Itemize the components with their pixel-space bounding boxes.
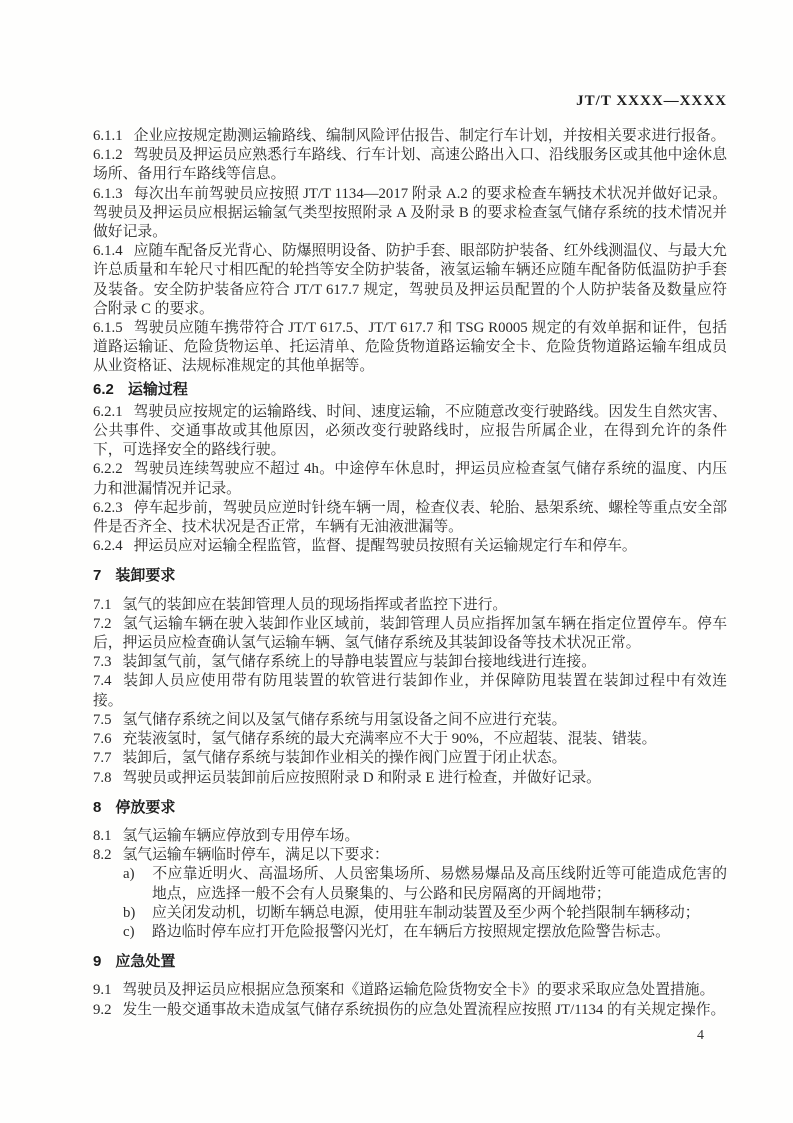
heading-text: 运输过程 [128, 381, 188, 398]
clause-text: 押运员应对运输全程监管，监督、提醒驾驶员按照有关运输规定行车和停车。 [134, 538, 637, 554]
clause-number: 7.3 [93, 654, 112, 670]
list-marker: b) [123, 904, 152, 923]
clause-text: 应随车配备反光背心、防爆照明设备、防护手套、眼部防护装备、红外线测温仪、与最大允… [93, 243, 727, 317]
clause-text: 氢气储存系统之间以及氢气储存系统与用氢设备之间不应进行充装。 [123, 712, 567, 728]
clause-number: 7.7 [93, 750, 112, 766]
clause-number: 6.2 [93, 381, 114, 398]
clause-text: 装卸氢气前，氢气储存系统上的导静电装置应与装卸台接地线进行连接。 [123, 654, 597, 670]
clause-6-1-1: 6.1.1企业应按规定勘测运输路线、编制风险评估报告、制定行车计划，并按相关要求… [93, 127, 727, 146]
clause-number: 6.2.1 [93, 404, 123, 420]
clause-7-2: 7.2氢气运输车辆在驶入装卸作业区域前，装卸管理人员应指挥加氢车辆在指定位置停车… [93, 615, 727, 653]
clause-number: 9 [93, 953, 101, 970]
section-heading-6-2: 6.2运输过程 [93, 380, 727, 399]
clause-9-2: 9.2发生一般交通事故未造成氢气储存系统损伤的应急处置流程应按照 JT/1134… [93, 1001, 727, 1020]
clause-text: 不应靠近明火、高温场所、人员密集场所、易燃易爆品及高压线附近等可能造成危害的地点… [152, 866, 727, 901]
clause-number: 7.5 [93, 712, 112, 728]
clause-6-1-5: 6.1.5驾驶员应随车携带符合 JT/T 617.5、JT/T 617.7 和 … [93, 319, 727, 377]
clause-number: 7.4 [93, 673, 112, 689]
clause-number: 6.1.3 [93, 186, 123, 202]
list-marker: a) [123, 865, 152, 884]
clause-number: 7.1 [93, 597, 112, 613]
clause-7-8: 7.8驾驶员或押运员装卸前后应按照附录 D 和附录 E 进行检查，并做好记录。 [93, 769, 727, 788]
section-heading-7: 7装卸要求 [93, 566, 727, 585]
clause-text: 装卸后，氢气储存系统与装卸作业相关的操作阀门应置于闭止状态。 [123, 750, 567, 766]
clause-number: 7.2 [93, 616, 112, 632]
clause-number: 8.1 [93, 828, 112, 844]
clause-text: 驾驶员应随车携带符合 JT/T 617.5、JT/T 617.7 和 TSG R… [93, 320, 727, 374]
clause-number: 6.1.1 [93, 128, 123, 144]
clause-7-4: 7.4装卸人员应使用带有防甩装置的软管进行装卸作业，并保障防甩装置在装卸过程中有… [93, 672, 727, 710]
clause-text: 驾驶员连续驾驶应不超过 4h。中途停车休息时，押运员应检查氢气储存系统的温度、内… [93, 461, 727, 496]
clause-7-1: 7.1氢气的装卸应在装卸管理人员的现场指挥或者监控下进行。 [93, 596, 727, 615]
clause-text: 企业应按规定勘测运输路线、编制风险评估报告、制定行车计划，并按相关要求进行报备。 [134, 128, 726, 144]
list-item-b: b)应关闭发动机，切断车辆总电源，使用驻车制动装置及至少两个轮挡限制车辆移动； [123, 904, 727, 923]
clause-text: 每次出车前驾驶员应按照 JT/T 1134—2017 附录 A.2 的要求检查车… [93, 186, 727, 240]
clause-7-6: 7.6充装液氢时，氢气储存系统的最大充满率应不大于 90%，不应超装、混装、错装… [93, 730, 727, 749]
clause-8-1: 8.1氢气运输车辆应停放到专用停车场。 [93, 827, 727, 846]
clause-number: 9.1 [93, 982, 112, 998]
clause-7-7: 7.7装卸后，氢气储存系统与装卸作业相关的操作阀门应置于闭止状态。 [93, 749, 727, 768]
section-heading-9: 9应急处置 [93, 952, 727, 971]
clause-number: 6.2.4 [93, 538, 123, 554]
clause-text: 装卸人员应使用带有防甩装置的软管进行装卸作业，并保障防甩装置在装卸过程中有效连接… [93, 673, 727, 708]
list-marker: c) [123, 923, 152, 942]
clause-text: 路边临时停车应打开危险报警闪光灯，在车辆后方按照规定摆放危险警告标志。 [152, 924, 670, 940]
clause-9-1: 9.1驾驶员及押运员应根据应急预案和《道路运输危险货物安全卡》的要求采取应急处置… [93, 981, 727, 1000]
clause-text: 充装液氢时，氢气储存系统的最大充满率应不大于 90%，不应超装、混装、错装。 [123, 731, 657, 747]
clause-6-2-3: 6.2.3停车起步前，驾驶员应逆时针绕车辆一周，检查仪表、轮胎、悬架系统、螺栓等… [93, 499, 727, 537]
heading-text: 装卸要求 [115, 567, 175, 584]
clause-number: 9.2 [93, 1002, 112, 1018]
clause-6-1-3: 6.1.3每次出车前驾驶员应按照 JT/T 1134—2017 附录 A.2 的… [93, 185, 727, 243]
clause-6-2-1: 6.2.1驾驶员应按规定的运输路线、时间、速度运输，不应随意改变行驶路线。因发生… [93, 403, 727, 461]
list-item-a: a)不应靠近明火、高温场所、人员密集场所、易燃易爆品及高压线附近等可能造成危害的… [123, 865, 727, 903]
clause-text: 驾驶员应按规定的运输路线、时间、速度运输，不应随意改变行驶路线。因发生自然灾害、… [93, 404, 727, 458]
clause-7-3: 7.3装卸氢气前，氢气储存系统上的导静电装置应与装卸台接地线进行连接。 [93, 653, 727, 672]
clause-6-2-2: 6.2.2驾驶员连续驾驶应不超过 4h。中途停车休息时，押运员应检查氢气储存系统… [93, 460, 727, 498]
clause-number: 7.8 [93, 770, 112, 786]
clause-6-1-4: 6.1.4应随车配备反光背心、防爆照明设备、防护手套、眼部防护装备、红外线测温仪… [93, 242, 727, 319]
heading-text: 应急处置 [115, 953, 175, 970]
clause-6-2-4: 6.2.4押运员应对运输全程监管，监督、提醒驾驶员按照有关运输规定行车和停车。 [93, 537, 727, 556]
clause-text: 驾驶员及押运员应根据应急预案和《道路运输危险货物安全卡》的要求采取应急处置措施。 [123, 982, 715, 998]
clause-text: 应关闭发动机，切断车辆总电源，使用驻车制动装置及至少两个轮挡限制车辆移动； [152, 905, 700, 921]
clause-number: 6.1.2 [93, 147, 123, 163]
clause-text: 驾驶员或押运员装卸前后应按照附录 D 和附录 E 进行检查，并做好记录。 [123, 770, 601, 786]
clause-text: 停车起步前，驾驶员应逆时针绕车辆一周，检查仪表、轮胎、悬架系统、螺栓等重点安全部… [93, 500, 727, 535]
clause-8-2: 8.2氢气运输车辆临时停车，满足以下要求： [93, 846, 727, 865]
document-page: JT/T XXXX—XXXX 6.1.1企业应按规定勘测运输路线、编制风险评估报… [0, 0, 793, 1123]
clause-7-5: 7.5氢气储存系统之间以及氢气储存系统与用氢设备之间不应进行充装。 [93, 711, 727, 730]
clause-number: 8.2 [93, 847, 112, 863]
clause-text: 氢气的装卸应在装卸管理人员的现场指挥或者监控下进行。 [123, 597, 508, 613]
clause-number: 7 [93, 567, 101, 584]
page-number: 4 [697, 1028, 704, 1044]
clause-text: 发生一般交通事故未造成氢气储存系统损伤的应急处置流程应按照 JT/1134 的有… [123, 1002, 726, 1018]
clause-number: 7.6 [93, 731, 112, 747]
heading-text: 停放要求 [115, 799, 175, 816]
clause-text: 驾驶员及押运员应熟悉行车路线、行车计划、高速公路出入口、沿线服务区或其他中途休息… [93, 147, 727, 182]
clause-number: 6.2.2 [93, 461, 123, 477]
clause-number: 6.2.3 [93, 500, 123, 516]
section-heading-8: 8停放要求 [93, 798, 727, 817]
clause-number: 6.1.4 [93, 243, 123, 259]
standard-number-header: JT/T XXXX—XXXX [576, 93, 727, 110]
document-body: 6.1.1企业应按规定勘测运输路线、编制风险评估报告、制定行车计划，并按相关要求… [93, 127, 727, 1020]
clause-text: 氢气运输车辆临时停车，满足以下要求： [123, 847, 389, 863]
clause-text: 氢气运输车辆在驶入装卸作业区域前，装卸管理人员应指挥加氢车辆在指定位置停车。停车… [93, 616, 727, 651]
list-item-c: c)路边临时停车应打开危险报警闪光灯，在车辆后方按照规定摆放危险警告标志。 [123, 923, 727, 942]
clause-number: 6.1.5 [93, 320, 123, 336]
clause-text: 氢气运输车辆应停放到专用停车场。 [123, 828, 360, 844]
clause-6-1-2: 6.1.2驾驶员及押运员应熟悉行车路线、行车计划、高速公路出入口、沿线服务区或其… [93, 146, 727, 184]
clause-number: 8 [93, 799, 101, 816]
